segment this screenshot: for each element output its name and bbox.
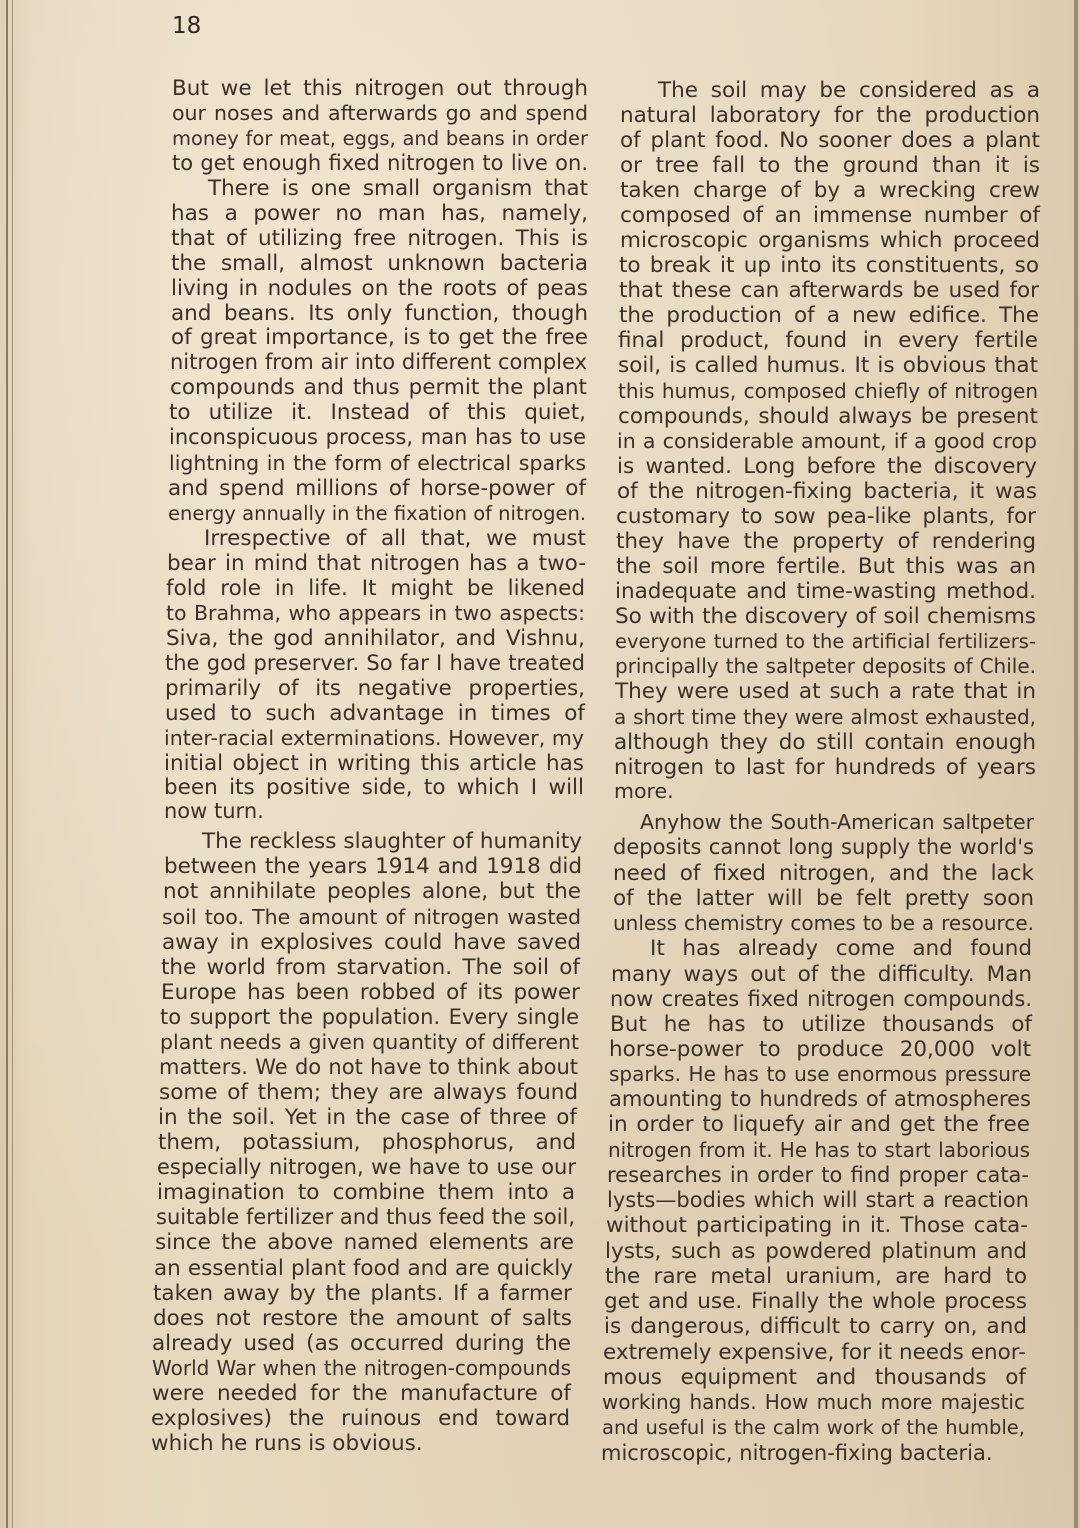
text-line: microscopic, nitrogen-fixing bacteria. [601,1441,1001,1466]
text-line: unless chemistry comes to be a resource. [613,911,1034,936]
text-line: So with the discovery of soil chemisms [615,604,1036,629]
text-line: not annihilate peoples alone, but the [163,879,581,904]
text-line: The reckless slaughter of humanity [202,829,582,854]
text-line: lightning in the form of electrical spar… [169,451,586,476]
text-line: soil too. The amount of nitrogen wasted [162,905,581,930]
text-line: primarily of its negative properties, [165,676,585,701]
text-line: The soil may be considered as a [658,78,1040,103]
text-line: suitable fertilizer and thus feed the so… [156,1205,575,1230]
text-line: inter-racial exterminations. However, my [164,726,584,751]
text-line: the rare metal uranium, are hard to [605,1264,1027,1289]
binding-edge-line [6,0,8,1528]
text-line: were needed for the manufacture of [152,1381,571,1406]
text-line: the world from starvation. The soil of [161,955,580,980]
text-line: to get enough fixed nitrogen to live on. [172,151,588,176]
text-line: mous equipment and thousands of [603,1365,1026,1390]
text-line: of plant food. No sooner does a plant [620,128,1040,153]
text-line: fold role in life. It might be likened [166,576,585,601]
text-line: many ways out of the difficulty. Man [611,962,1032,987]
text-line: soil, is called humus. It is obvious tha… [618,353,1038,378]
text-line: more. [614,779,674,804]
text-line: nitrogen from it. He has to start labori… [608,1138,1030,1163]
text-line: working hands. How much more majestic [602,1390,1025,1415]
text-line: taken charge of by a wrecking crew [620,178,1040,203]
text-line: inadequate and time-wasting method. [615,579,1036,604]
text-line: the soil more fertile. But this was an [616,554,1036,579]
text-line: which he runs is obvious. [151,1431,431,1456]
text-line: lysts—bodies which will start a reaction [607,1188,1029,1213]
text-line: a short time they were almost exhausted, [614,705,1036,730]
text-line: of the nitrogen-fixing bacteria, it was [617,479,1037,504]
text-line: researches in order to find proper cata- [607,1163,1029,1188]
text-line: that these can afterwards be used for [619,278,1039,303]
text-line: initial object in writing this article h… [164,751,584,776]
text-line: to utilize it. Instead of this quiet, [169,400,586,425]
text-line: used to such advantage in times of [165,701,585,726]
text-line: horse-power to produce 20,000 volt [609,1037,1031,1062]
text-line: although they do still contain enough [614,730,1036,755]
text-line: that of utilizing free nitrogen. This is [171,226,588,251]
text-line: compounds, should always be present [618,404,1038,429]
text-line: already used (as occurred during the [152,1331,571,1356]
text-line: the god preserver. So far I have treated [165,651,585,676]
text-line: imagination to combine them into a [157,1180,575,1205]
text-line: them, potassium, phosphorus, and [158,1130,576,1155]
text-line: compounds and thus permit the plant [170,375,587,400]
text-line: nitrogen to last for hundreds of years [614,755,1036,780]
text-line: living in nodules on the roots of peas [171,276,588,301]
text-line: amounting to hundreds of atmospheres [609,1087,1031,1112]
text-line: taken away by the plants. If a farmer [153,1281,572,1306]
text-line: especially nitrogen, we have to use our [157,1155,576,1180]
text-line: in the soil. Yet in the case of three of [158,1105,577,1130]
text-line: an essential plant food and are quickly [154,1256,573,1281]
text-line: now creates fixed nitrogen compounds. [610,987,1032,1012]
text-line: explosives) the ruinous end toward [151,1406,570,1431]
text-line: natural laboratory for the production [620,103,1040,128]
binding-edge-line-inner [12,0,13,1528]
text-line: need of fixed nitrogen, and the lack [613,861,1034,886]
text-line: bear in mind that nitrogen has a two- [167,551,586,576]
text-line: extremely expensive, for it needs enor- [603,1340,1026,1365]
text-line: some of them; they are always found [159,1080,578,1105]
text-line: the production of a new edifice. The [619,303,1039,328]
text-line: There is one small organism that [208,176,588,201]
text-line: customary to sow pea-like plants, for [616,504,1036,529]
text-line: away in explosives could have saved [162,930,581,955]
text-line: is dangerous, difficult to carry on, and [604,1314,1027,1339]
right-page-edge [1074,0,1078,1528]
text-line: Europe has been robbed of its power [161,980,580,1005]
page-number: 18 [172,12,201,40]
text-line: now turn. [164,799,264,824]
text-line: this humus, composed chiefly of nitrogen [618,379,1038,404]
text-line: and spend millions of horse-power of [168,476,586,501]
text-line: composed of an immense number of [620,203,1040,228]
text-line: Anyhow the South-American saltpeter [640,810,1034,835]
text-line: and beans. Its only function, though [171,301,588,326]
text-line: But we let this nitrogen out through [172,76,588,101]
text-line: since the above named elements are [155,1230,574,1255]
text-line: principally the saltpeter deposits of Ch… [615,654,1036,679]
text-line: But he has to utilize thousands of [610,1012,1032,1037]
text-line: final product, found in every fertile [618,328,1038,353]
text-line: It has already come and found [650,936,1032,961]
text-line: in order to liquefy air and get the free [608,1112,1030,1137]
text-line: get and use. Finally the whole process [604,1289,1027,1314]
text-line: They were used at such a rate that in [615,679,1036,704]
text-line: World War when the nitrogen-compounds [152,1356,571,1381]
text-line: to support the population. Every single [160,1005,579,1030]
text-line: lysts, such as powdered platinum and [605,1239,1027,1264]
text-line: without participating in it. Those cata- [606,1213,1028,1238]
text-line: of great importance, is to get the free [171,325,588,350]
text-line: the small, almost unknown bacteria [171,251,588,276]
text-line: to Brahma, who appears in two aspects: [166,601,585,626]
text-line: of the latter will be felt pretty soon [613,886,1034,911]
text-line: they have the property of rendering [616,529,1036,554]
text-line: between the years 1914 and 1918 did [164,854,582,879]
text-line: does not restore the amount of salts [153,1306,572,1331]
text-line: money for meat, eggs, and beans in order [172,126,588,151]
text-line: or tree fall to the ground than it is [620,153,1040,178]
text-line: everyone turned to the artificial fertil… [615,629,1036,654]
text-line: in a considerable amount, if a good crop [617,429,1037,454]
text-line: and useful is the calm work of the humbl… [602,1415,1025,1440]
text-line: matters. We do not have to think about [159,1055,578,1080]
text-line: microscopic organisms which proceed [620,228,1040,253]
text-line: plant needs a given quantity of differen… [160,1030,579,1055]
text-line: been its positive side, to which I will [164,775,584,800]
text-line: inconspicuous process, man has to use [169,425,586,450]
text-line: to break it up into its constituents, so [619,253,1039,278]
text-line: is wanted. Long before the discovery [617,454,1037,479]
text-line: our noses and afterwards go and spend [172,101,588,126]
text-line: Irrespective of all that, we must [204,526,586,551]
text-line: has a power no man has, namely, [171,201,588,226]
text-line: Siva, the god annihilator, and Vishnu, [166,626,585,651]
text-line: sparks. He has to use enormous pressure [609,1062,1031,1087]
text-line: energy annually in the fixation of nitro… [168,501,586,526]
scanned-page: 18 But we let this nitrogen out througho… [0,0,1080,1528]
text-line: deposits cannot long supply the world's [613,835,1034,860]
text-line: nitrogen from air into different complex [170,350,587,375]
